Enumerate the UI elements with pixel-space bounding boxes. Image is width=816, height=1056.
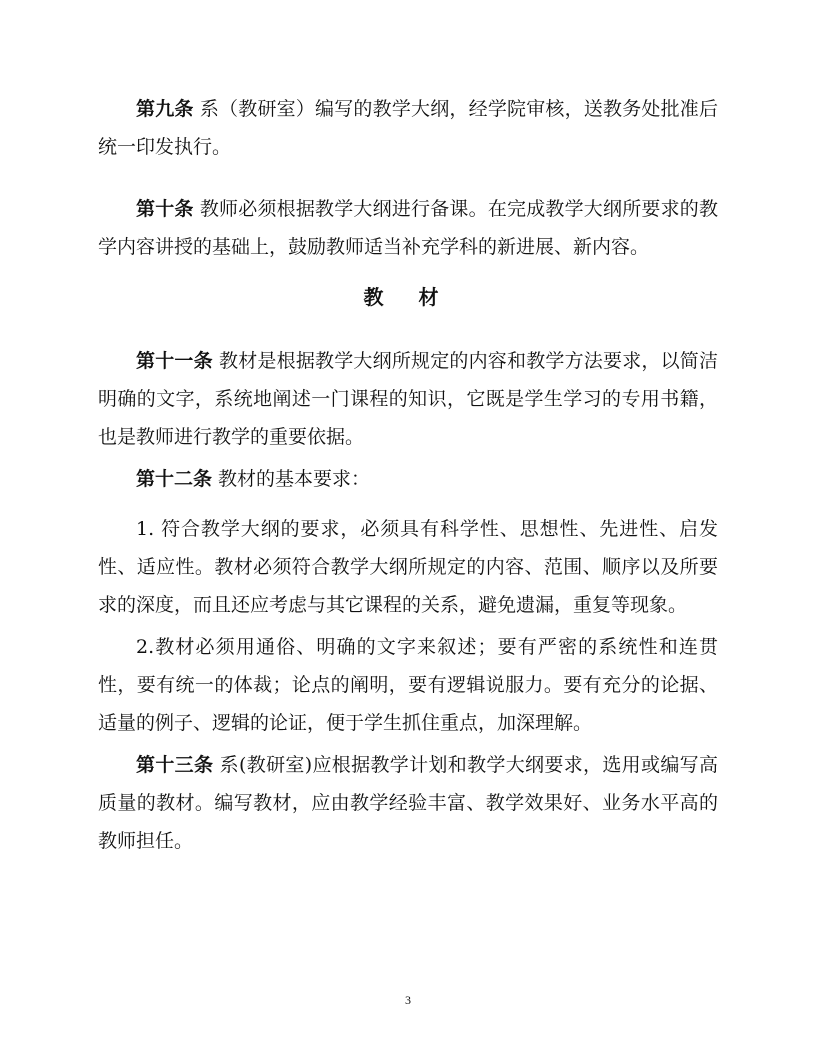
article-13: 第十三条 系(教研室)应根据教学计划和教学大纲要求，选用或编写高质量的教材。编写… [98,746,718,860]
page-number: 3 [0,993,816,1008]
item-text: 2.教材必须用通俗、明确的文字来叙述；要有严密的系统性和连贯性，要有统一的体裁；… [98,636,718,734]
requirement-item-2: 2.教材必须用通俗、明确的文字来叙述；要有严密的系统性和连贯性，要有统一的体裁；… [98,628,718,742]
article-lead: 第九条 [136,98,194,120]
article-lead: 第十条 [136,198,194,220]
article-text: 教材的基本要求： [212,468,370,490]
document-page: 第九条 系（教研室）编写的教学大纲，经学院审核，送教务处批准后统一印发执行。 第… [0,0,816,1056]
article-12: 第十二条 教材的基本要求： [98,460,718,498]
section-heading: 教 材 [0,281,816,310]
article-10: 第十条 教师必须根据教学大纲进行备课。在完成教学大纲所要求的教学内容讲授的基础上… [98,190,718,266]
article-9: 第九条 系（教研室）编写的教学大纲，经学院审核，送教务处批准后统一印发执行。 [98,90,718,166]
requirement-item-1: 1. 符合教学大纲的要求，必须具有科学性、思想性、先进性、启发性、适应性。教材必… [98,510,718,624]
article-lead: 第十三条 [136,754,213,776]
article-11: 第十一条 教材是根据教学大纲所规定的内容和教学方法要求，以简洁明确的文字，系统地… [98,342,718,456]
article-lead: 第十一条 [136,350,213,372]
article-lead: 第十二条 [136,468,212,490]
item-text: 1. 符合教学大纲的要求，必须具有科学性、思想性、先进性、启发性、适应性。教材必… [98,518,718,616]
